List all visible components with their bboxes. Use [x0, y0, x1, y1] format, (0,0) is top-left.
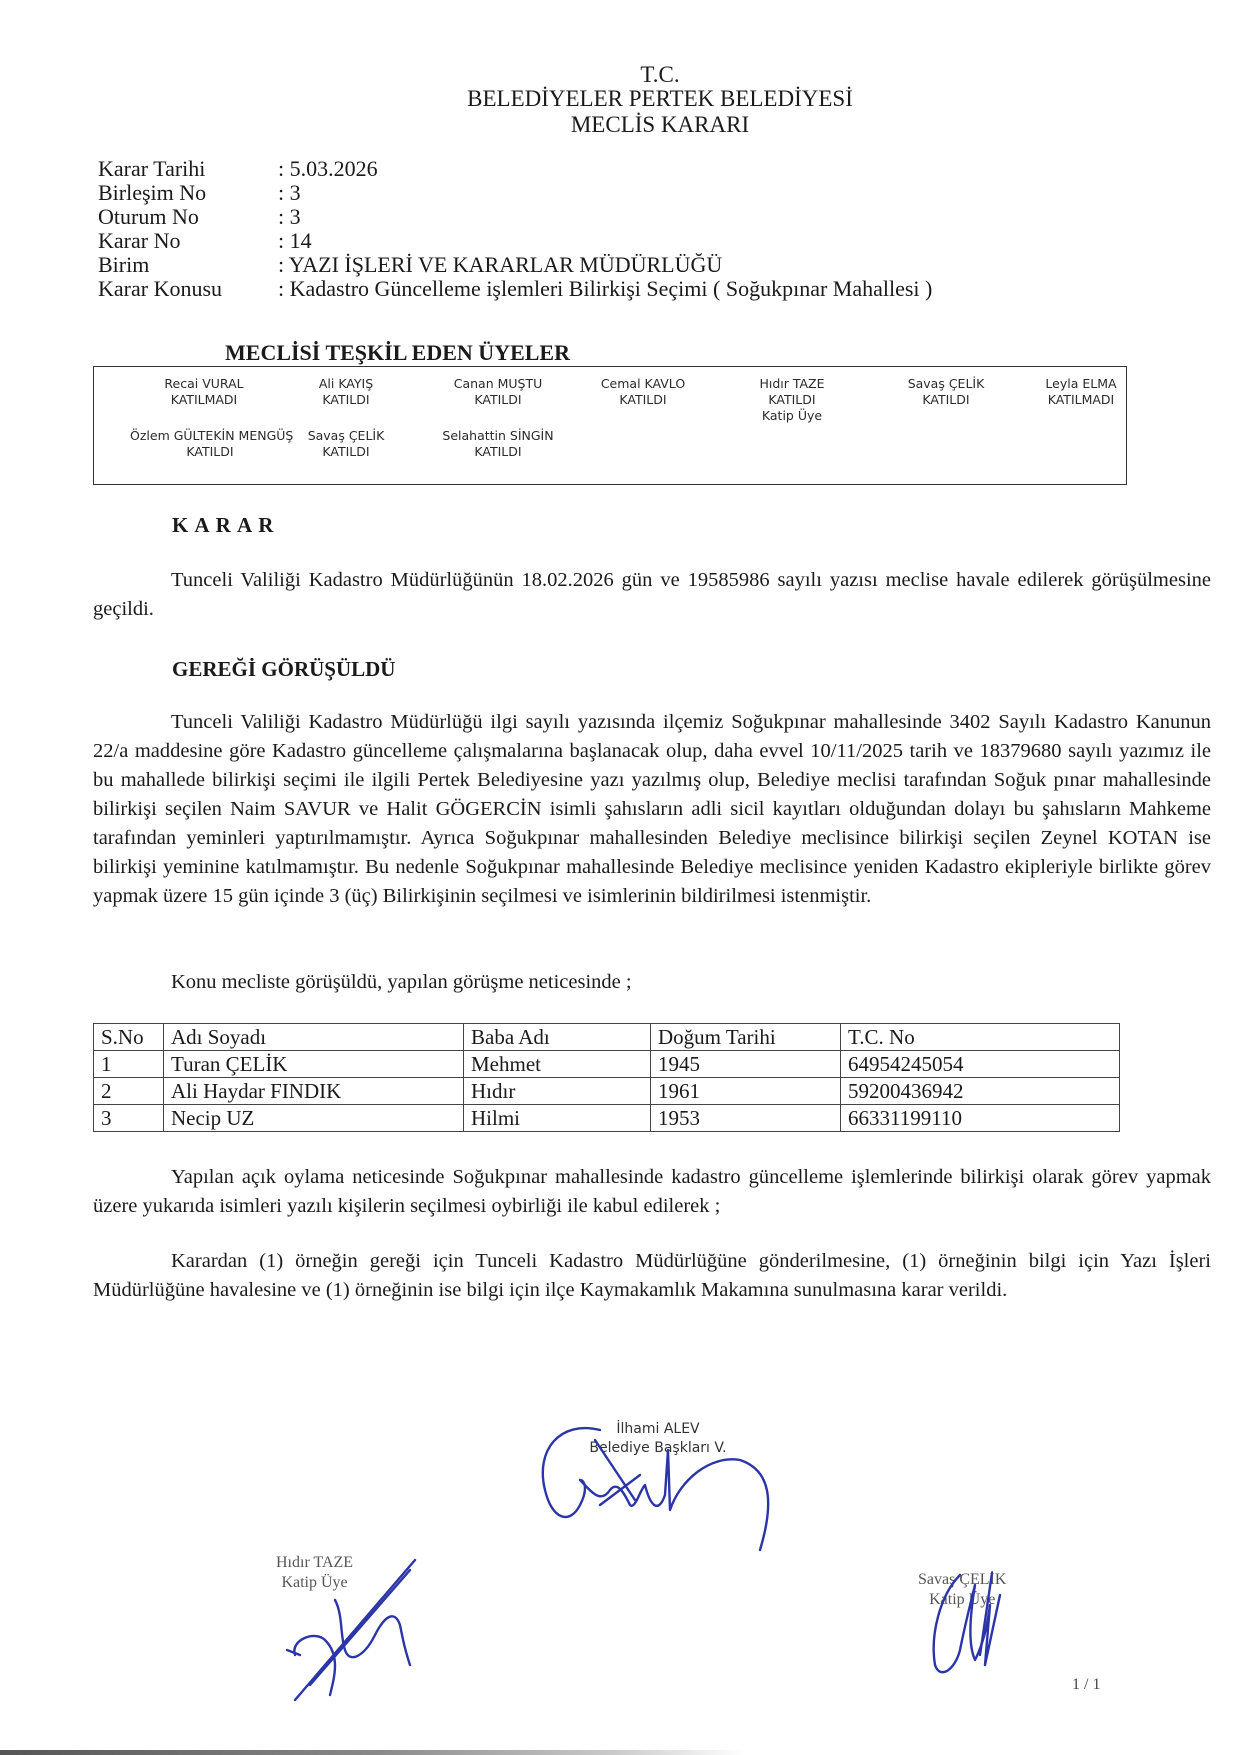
meta-unit: Birim: YAZI İŞLERİ VE KARARLAR MÜDÜRLÜĞÜ [98, 253, 932, 277]
table-row: 2 Ali Haydar FINDIK Hıdır 1961 592004369… [94, 1078, 1120, 1105]
table-header-row: S.No Adı Soyadı Baba Adı Doğum Tarihi T.… [94, 1024, 1120, 1051]
scan-edge-divider [0, 1750, 1240, 1755]
section-heading-discussed: GEREĞİ GÖRÜŞÜLDÜ [172, 657, 395, 682]
council-members-box: Recai VURALKATILMADI Ali KAYIŞKATILDI Ca… [93, 366, 1127, 485]
meta-decision-no: Karar No: 14 [98, 229, 932, 253]
member-card: Canan MUŞTUKATILDI [443, 376, 553, 408]
distribution-paragraph: Karardan (1) örneğin gereği için Tunceli… [93, 1247, 1211, 1305]
meta-subject: Karar Konusu: Kadastro Güncelleme işleml… [98, 277, 932, 301]
member-card: Ali KAYIŞKATILDI [306, 376, 386, 408]
member-card: Recai VURALKATILMADI [144, 376, 264, 408]
table-row: 3 Necip UZ Hilmi 1953 66331199110 [94, 1105, 1120, 1132]
clerk1-signature-icon [285, 1555, 435, 1705]
member-card: Leyla ELMAKATILMADI [1031, 376, 1131, 408]
member-card: Savaş ÇELİKKATILDI [298, 428, 394, 460]
member-card: Cemal KAVLOKATILDI [588, 376, 698, 408]
header-doc-type: MECLİS KARARI [40, 112, 1240, 138]
experts-table: S.No Adı Soyadı Baba Adı Doğum Tarihi T.… [93, 1023, 1120, 1132]
decision-heading: K A R A R [172, 513, 274, 538]
header-tc: T.C. [40, 62, 1240, 88]
vote-paragraph: Yapılan açık oylama neticesinde Soğukpın… [93, 1163, 1211, 1221]
meta-session-no: Birleşim No: 3 [98, 181, 932, 205]
clerk2-signature-icon [930, 1565, 1030, 1685]
header-municipality: BELEDİYELER PERTEK BELEDİYESİ [40, 86, 1240, 112]
meta-decision-date: Karar Tarihi: 5.03.2026 [98, 157, 932, 181]
table-row: 1 Turan ÇELİK Mehmet 1945 64954245054 [94, 1051, 1120, 1078]
member-card: Hıdır TAZEKATILDIKatip Üye [737, 376, 847, 424]
body-paragraph: Tunceli Valiliği Kadastro Müdürlüğü ilgi… [93, 708, 1211, 911]
meta-sitting-no: Oturum No: 3 [98, 205, 932, 229]
member-card: Selahattin SİNGİNKATILDI [438, 428, 558, 460]
intro-paragraph: Tunceli Valiliği Kadastro Müdürlüğünün 1… [93, 566, 1211, 624]
member-card: Özlem GÜLTEKİN MENGÜŞKATILDI [130, 428, 290, 460]
member-card: Savaş ÇELİKKATILDI [891, 376, 1001, 408]
decision-metadata: Karar Tarihi: 5.03.2026 Birleşim No: 3 O… [98, 157, 932, 301]
council-title: MECLİSİ TEŞKİL EDEN ÜYELER [0, 340, 1240, 366]
page-number: 1 / 1 [1072, 1676, 1100, 1694]
discussed-line: Konu mecliste görüşüldü, yapılan görüşme… [93, 968, 1211, 997]
mayor-signature-icon [540, 1420, 780, 1550]
